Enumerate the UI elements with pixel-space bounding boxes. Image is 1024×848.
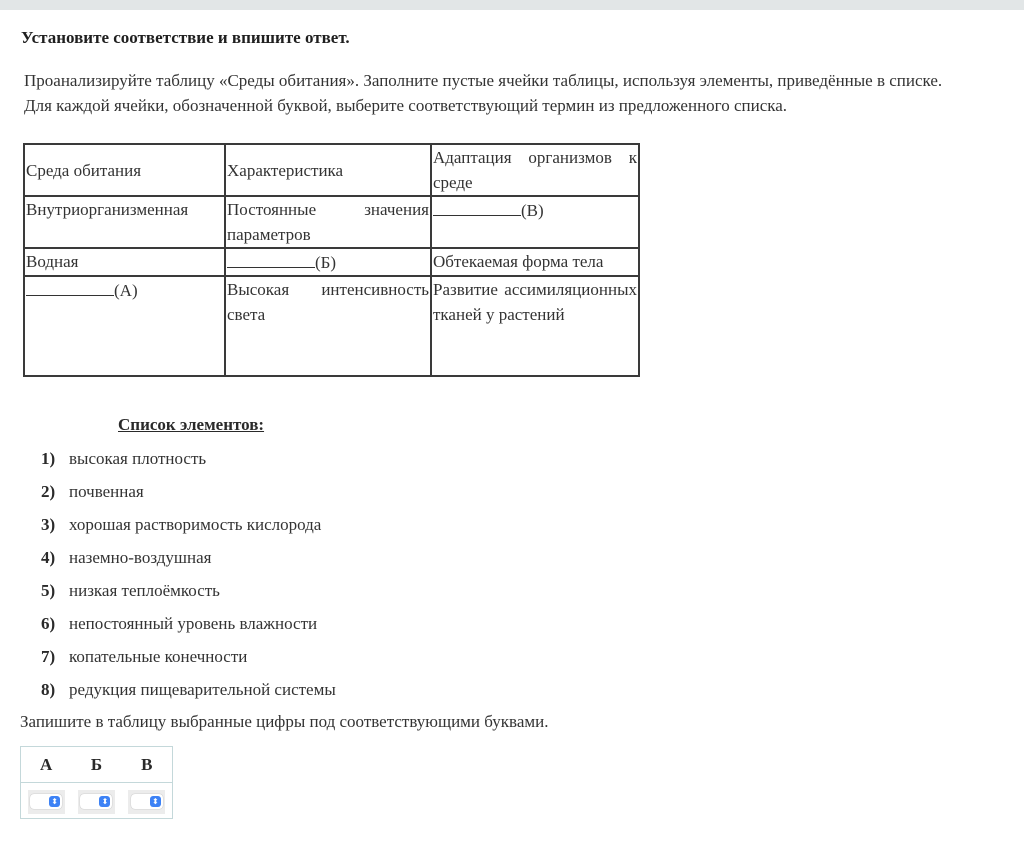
item-text: высокая плотность — [69, 449, 206, 468]
item-text: непостоянный уровень влажности — [69, 614, 317, 633]
task-title: Установите соответствие и впишите ответ. — [21, 28, 350, 48]
cell-env: Внутриорганизменная — [24, 196, 225, 248]
select-box[interactable]: ⬍ — [80, 794, 112, 809]
answer-select-b[interactable]: ⬍ — [78, 790, 115, 814]
item-number: 1) — [41, 449, 69, 469]
cell-feature: Постоянные значения параметров — [225, 196, 431, 248]
select-box[interactable]: ⬍ — [30, 794, 62, 809]
answer-header-row: А Б В — [21, 747, 172, 783]
answer-select-row: ⬍ ⬍ ⬍ — [21, 783, 172, 820]
item-text: копательные конечности — [69, 647, 247, 666]
answer-cell-v: ⬍ — [122, 790, 172, 814]
list-item: 8)редукция пищеварительной системы — [41, 680, 336, 713]
list-item: 2)почвенная — [41, 482, 336, 515]
table-row: Внутриорганизменная Постоянные значения … — [24, 196, 639, 248]
item-number: 7) — [41, 647, 69, 667]
elements-list-title: Список элементов: — [118, 415, 264, 435]
top-bar — [0, 0, 1024, 10]
updown-chevron-icon[interactable]: ⬍ — [99, 796, 110, 807]
answer-cell-a: ⬍ — [21, 790, 71, 814]
blank-line — [433, 197, 521, 216]
cell-env-blank: (А) — [24, 276, 225, 376]
answer-letter-a: А — [21, 747, 71, 782]
updown-chevron-icon[interactable]: ⬍ — [150, 796, 161, 807]
item-text: наземно-воздушная — [69, 548, 211, 567]
item-number: 6) — [41, 614, 69, 634]
cell-env: Водная — [24, 248, 225, 276]
item-text: редукция пищеварительной системы — [69, 680, 336, 699]
table-row: (А) Высокая интенсивность света Развитие… — [24, 276, 639, 376]
header-cell-feature: Характеристика — [225, 144, 431, 196]
answer-letter-v: В — [122, 747, 172, 782]
list-item: 5)низкая теплоёмкость — [41, 581, 336, 614]
blank-label-v: (В) — [521, 201, 544, 220]
table-row: Водная (Б) Обтекаемая форма тела — [24, 248, 639, 276]
cell-feature: Высокая интенсивность света — [225, 276, 431, 376]
answer-instruction: Запишите в таблицу выбранные цифры под с… — [20, 712, 549, 732]
intro-line-1: Проанализируйте таблицу «Среды обитания»… — [24, 68, 1014, 93]
answer-select-a[interactable]: ⬍ — [28, 790, 65, 814]
elements-list: 1)высокая плотность 2)почвенная 3)хороша… — [41, 449, 336, 713]
header-cell-env: Среда обитания — [24, 144, 225, 196]
answer-table: А Б В ⬍ ⬍ ⬍ — [20, 746, 173, 819]
header-cell-adaptation: Адаптация организмов к среде — [431, 144, 639, 196]
blank-label-b: (Б) — [315, 253, 336, 272]
cell-adaptation: Развитие ассимиляционных тканей у растен… — [431, 276, 639, 376]
list-item: 6)непостоянный уровень влажности — [41, 614, 336, 647]
task-intro: Проанализируйте таблицу «Среды обитания»… — [24, 68, 1014, 118]
item-text: почвенная — [69, 482, 144, 501]
answer-select-v[interactable]: ⬍ — [128, 790, 165, 814]
blank-label-a: (А) — [114, 281, 138, 300]
intro-line-2: Для каждой ячейки, обозначенной буквой, … — [24, 93, 1014, 118]
item-number: 4) — [41, 548, 69, 568]
answer-letter-b: Б — [71, 747, 121, 782]
answer-cell-b: ⬍ — [71, 790, 121, 814]
item-number: 2) — [41, 482, 69, 502]
item-text: хорошая растворимость кислорода — [69, 515, 321, 534]
select-box[interactable]: ⬍ — [131, 794, 163, 809]
habitat-table: Среда обитания Характеристика Адаптация … — [23, 143, 640, 377]
blank-line — [26, 277, 114, 296]
blank-line — [227, 249, 315, 268]
item-number: 3) — [41, 515, 69, 535]
cell-adaptation: Обтекаемая форма тела — [431, 248, 639, 276]
item-number: 5) — [41, 581, 69, 601]
item-text: низкая теплоёмкость — [69, 581, 220, 600]
cell-adaptation-blank: (В) — [431, 196, 639, 248]
list-item: 3)хорошая растворимость кислорода — [41, 515, 336, 548]
table-header-row: Среда обитания Характеристика Адаптация … — [24, 144, 639, 196]
list-item: 4)наземно-воздушная — [41, 548, 336, 581]
updown-chevron-icon[interactable]: ⬍ — [49, 796, 60, 807]
cell-feature-blank: (Б) — [225, 248, 431, 276]
list-item: 1)высокая плотность — [41, 449, 336, 482]
item-number: 8) — [41, 680, 69, 700]
list-item: 7)копательные конечности — [41, 647, 336, 680]
